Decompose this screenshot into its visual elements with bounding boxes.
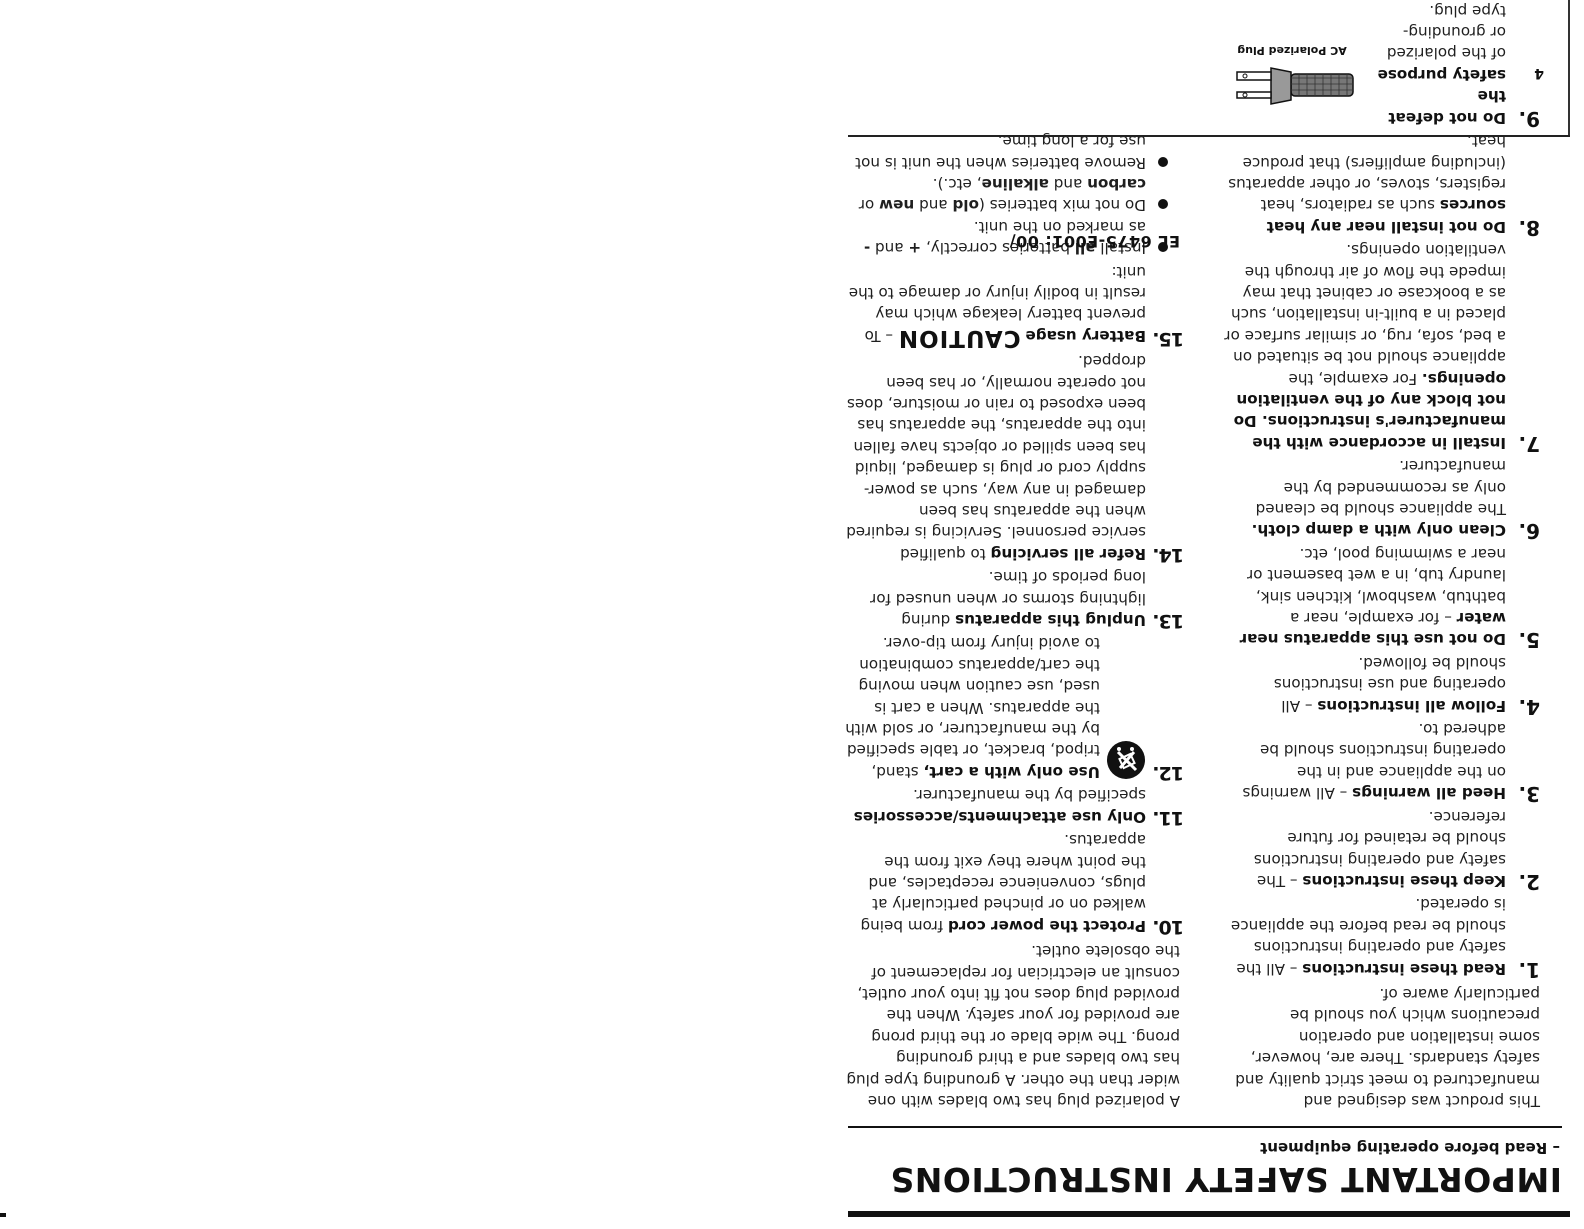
polarized-plug-figure: AC Polarized Plug	[1222, 44, 1362, 119]
item-number: 13.	[1153, 610, 1184, 631]
page-subtitle: – Read before operating equipment	[1260, 1139, 1560, 1157]
item-number: 4.	[1518, 695, 1540, 716]
item-heading-2: safety purpose	[1378, 66, 1506, 84]
item-number: 1.	[1518, 958, 1540, 979]
column-2: A polarized plug has two blades with one…	[844, 130, 1180, 1111]
instruction-item-11: 11. Only use attachments/accessories spe…	[844, 784, 1180, 827]
item-heading: Do not defeat the	[1388, 87, 1506, 126]
item-text: For example, the appliance should not be…	[1224, 241, 1506, 387]
figure-caption: AC Polarized Plug	[1222, 44, 1362, 57]
instruction-item-3: 3. Heed all warnings – All warnings on t…	[1222, 718, 1540, 804]
item-text: specified by the manufacturer.	[913, 786, 1146, 804]
item-heading: Read these instructions	[1302, 960, 1506, 978]
intro-paragraph: This product was designed and manufactur…	[1222, 983, 1540, 1111]
item-number: 2.	[1518, 871, 1540, 892]
column-1: This product was designed and manufactur…	[1222, 0, 1540, 1111]
plug-note: A polarized plug has two blades with one…	[844, 940, 1180, 1111]
instruction-item-1: 1. Read these instructions – All the saf…	[1222, 893, 1540, 979]
instruction-item-6: 6. Clean only with a damp cloth. The app…	[1222, 455, 1540, 541]
title-divider	[848, 1126, 1562, 1128]
document-code: EL 6475-E001: 00/	[1009, 232, 1180, 251]
bullet-text: and	[914, 196, 952, 214]
item-heading: Follow all instructions	[1317, 697, 1506, 715]
instruction-item-15: 15. Battery usage CAUTION – To prevent b…	[844, 260, 1180, 348]
item-heading: Battery usage	[1025, 327, 1146, 345]
instruction-item-10: 10. Protect the power cord from being wa…	[844, 829, 1180, 936]
bullet-icon	[1158, 199, 1168, 209]
item-heading: Keep these instructions	[1302, 872, 1506, 890]
item-heading: Protect the power cord	[948, 917, 1146, 935]
item-text: of the polarized or grounding-type plug.	[1387, 2, 1506, 63]
item-heading: Only use attachments/accessories	[854, 808, 1146, 826]
instruction-item-4: 4. Follow all instructions – All operati…	[1222, 651, 1540, 715]
item-number: 15.	[1153, 327, 1184, 348]
item-heading: Heed all warnings	[1352, 784, 1506, 802]
instruction-item-8: 8. Do not install near any heat sources …	[1222, 130, 1540, 237]
battery-bullet-2: Do not mix batteries (old and new or car…	[844, 173, 1180, 216]
instruction-item-7: 7. Install in accordance with the manufa…	[1222, 239, 1540, 453]
item-number: 7.	[1518, 432, 1540, 453]
item-heading: Use only with a cart,	[923, 763, 1100, 781]
item-text: stand, tripod, bracket, or table specifi…	[845, 634, 1100, 780]
item-number: 9.	[1518, 107, 1540, 128]
instruction-item-13: 13. Unplug this apparatus during lightni…	[844, 566, 1180, 630]
page-number: 4	[1534, 65, 1544, 81]
page-title: IMPORTANT SAFETY INSTRUCTIONS	[890, 1160, 1562, 1199]
bullet-text: Do not mix batteries (	[979, 196, 1146, 214]
item-text: to qualified service personnel. Servicin…	[846, 352, 1146, 563]
item-number: 12.	[1153, 762, 1184, 783]
item-text: The appliance should be cleaned only as …	[1256, 457, 1506, 518]
instruction-item-2: 2. Keep these instructions – The safety …	[1222, 805, 1540, 891]
bullet-icon	[1158, 157, 1168, 167]
instruction-item-12: 12. Use only with a cart, stand, tripod,…	[844, 632, 1180, 782]
item-number: 3.	[1518, 783, 1540, 804]
bullet-text: , etc.).	[933, 175, 982, 193]
instruction-item-5: 5. Do not use this apparatus near water …	[1222, 542, 1540, 649]
caution-label: CAUTION	[898, 325, 1021, 351]
item-heading: Clean only with a damp cloth.	[1252, 521, 1506, 539]
page-edge-line	[1568, 0, 1570, 135]
item-heading: Unplug this apparatus	[955, 611, 1146, 629]
item-number: 10.	[1153, 915, 1184, 936]
cart-tipover-warning-icon	[1106, 738, 1146, 782]
bullet-bold: new	[879, 196, 914, 214]
item-number: 5.	[1518, 629, 1540, 650]
item-number: 6.	[1518, 520, 1540, 541]
bullet-bold: +	[908, 239, 921, 257]
manual-page: IMPORTANT SAFETY INSTRUCTIONS – Read bef…	[0, 0, 1584, 1229]
bullet-bold: alkaline	[982, 175, 1049, 193]
instruction-item-14: 14. Refer all servicing to qualified ser…	[844, 350, 1180, 564]
header-rule	[848, 1211, 1570, 1217]
bullet-bold: old	[952, 196, 979, 214]
bullet-text: and	[870, 239, 908, 257]
bullet-bold: carbon	[1087, 175, 1146, 193]
bullet-text: Remove batteries when the unit is not us…	[855, 132, 1146, 171]
footer-rule	[848, 135, 1570, 137]
item-number: 11.	[1153, 806, 1184, 827]
ac-plug-icon	[1227, 64, 1357, 120]
bullet-text: and	[1049, 175, 1087, 193]
scan-mark	[0, 1213, 6, 1217]
item-number: 8.	[1518, 216, 1540, 237]
bullet-text: or	[859, 196, 879, 214]
instruction-item-9: 9. Do not defeat the safety purpose of t…	[1222, 0, 1540, 128]
bullet-bold: -	[864, 239, 870, 257]
item-heading: Refer all servicing	[991, 545, 1146, 563]
item-number: 14.	[1153, 543, 1184, 564]
